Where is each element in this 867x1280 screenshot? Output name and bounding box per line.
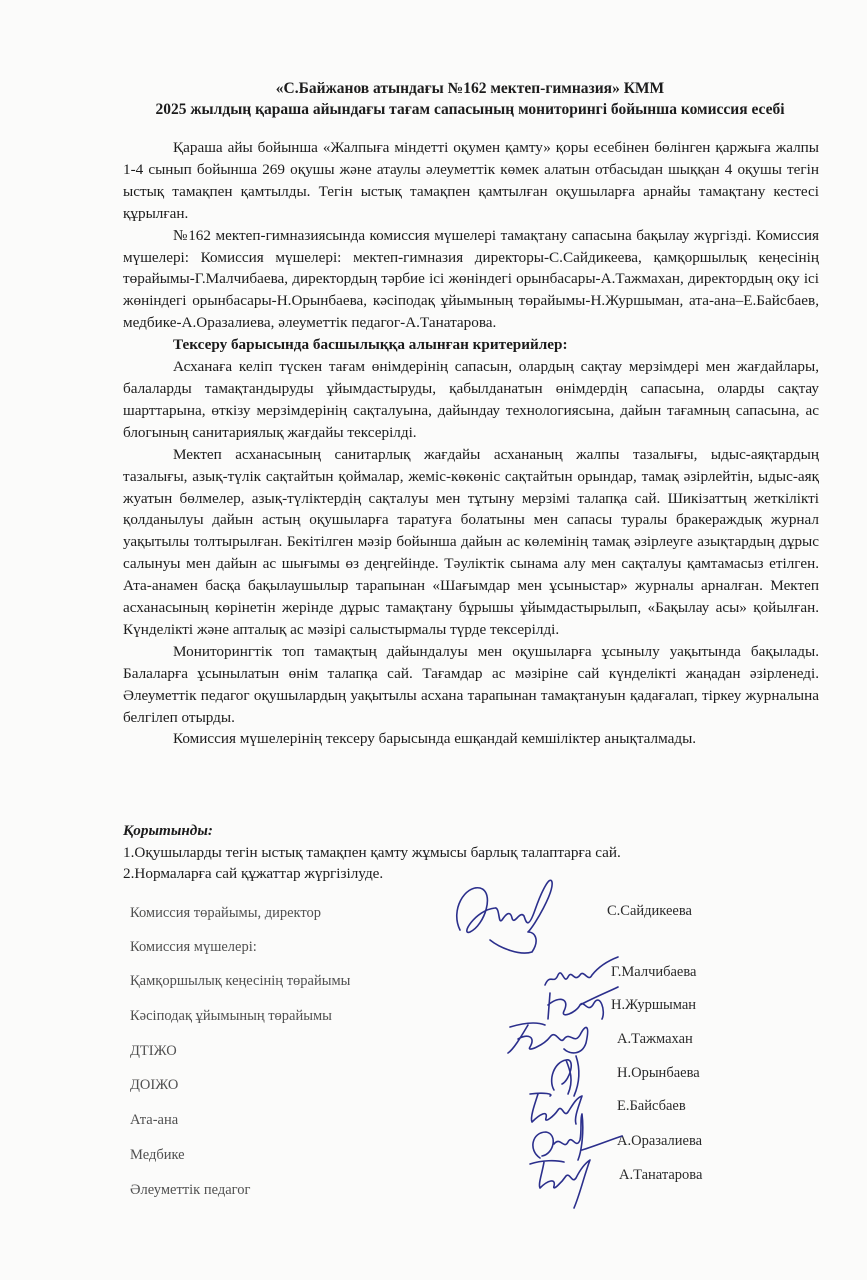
- signature-tanatarova: [522, 1150, 612, 1210]
- name-saidikeeva: С.Сайдикеева: [607, 903, 692, 920]
- name-tazhmakhan: А.Тажмахан: [617, 1031, 693, 1048]
- role-union-chair: Кәсіподақ ұйымының төрайымы: [130, 1008, 332, 1025]
- signature-saidikeeva: [440, 870, 570, 960]
- paragraph-coverage: Қараша айы бойынша «Жалпыға міндетті оқу…: [123, 137, 819, 225]
- paragraph-criteria: Асханаға келіп түскен тағам өнімдерінің …: [123, 356, 819, 444]
- name-orynbaeva: Н.Орынбаева: [617, 1065, 700, 1082]
- role-board-chair: Қамқоршылық кеңесінің төрайымы: [130, 973, 350, 990]
- conclusion-title: Қорытынды:: [123, 820, 819, 842]
- role-members-label: Комиссия мүшелері:: [130, 939, 257, 956]
- role-parent: Ата-ана: [130, 1112, 178, 1129]
- conclusion-item: 1.Оқушыларды тегін ыстық тамақпен қамту …: [123, 842, 819, 864]
- paragraph-monitoring: Мониторингтік топ тамақтың дайындалуы ме…: [123, 641, 819, 729]
- name-zhurshyman: Н.Журшыман: [611, 997, 696, 1014]
- role-nurse: Медбике: [130, 1147, 185, 1164]
- role-chair: Комиссия төрайымы, директор: [130, 905, 321, 922]
- document-page: «С.Байжанов атындағы №162 мектеп-гимнази…: [0, 0, 867, 1280]
- document-title-org: «С.Байжанов атындағы №162 мектеп-гимнази…: [110, 78, 830, 100]
- report-body: Қараша айы бойынша «Жалпыға міндетті оқу…: [123, 137, 819, 750]
- role-social-pedagogue: Әлеуметтік педагог: [130, 1182, 250, 1199]
- criteria-heading: Тексеру барысында басшылыққа алынған кри…: [123, 334, 819, 356]
- paragraph-commission: №162 мектеп-гимназиясында комиссия мүшел…: [123, 225, 819, 335]
- paragraph-no-shortcomings: Комиссия мүшелерінің тексеру барысында е…: [123, 728, 819, 750]
- role-dtizho: ДТІЖО: [130, 1043, 177, 1060]
- paragraph-sanitary: Мектеп асханасының санитарлық жағдайы ас…: [123, 444, 819, 641]
- name-tanatarova: А.Танатарова: [619, 1167, 702, 1184]
- document-title-report: 2025 жылдың қараша айындағы тағам сапасы…: [110, 99, 830, 121]
- role-doizho: ДОІЖО: [130, 1077, 178, 1094]
- name-malchibaeva: Г.Малчибаева: [611, 964, 696, 981]
